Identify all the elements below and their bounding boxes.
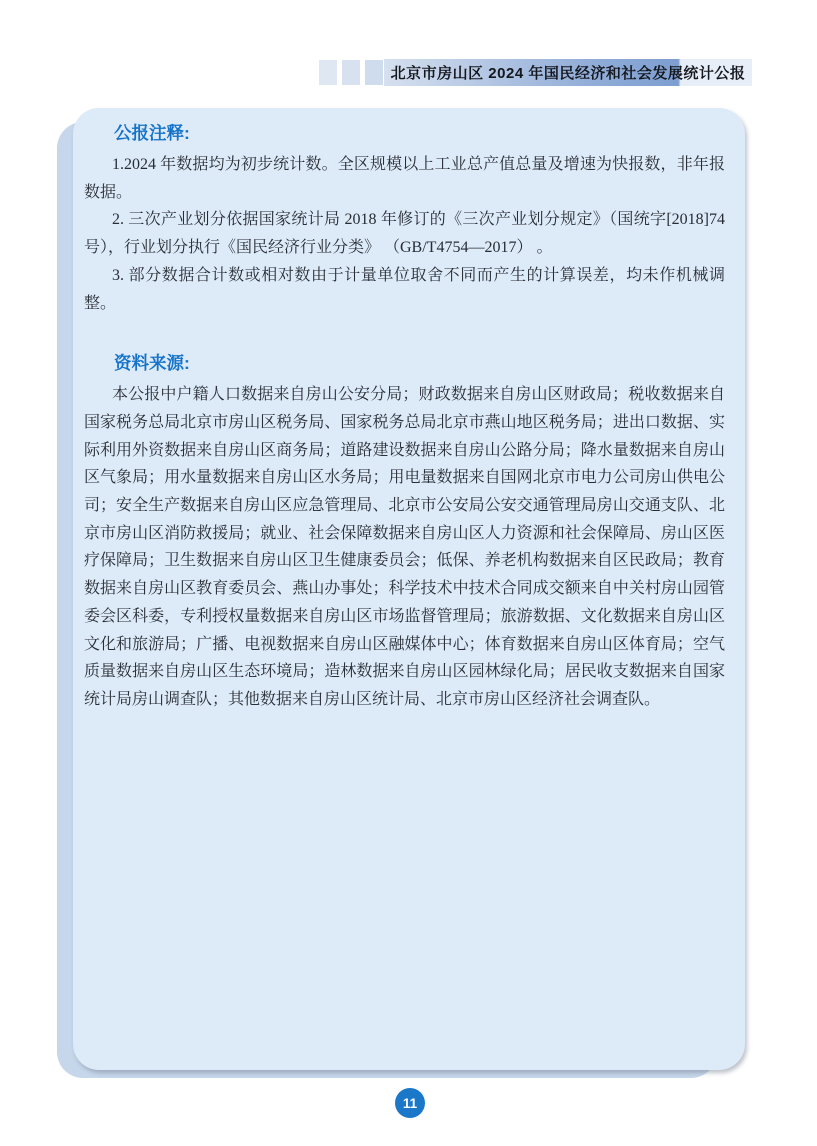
deco-square-icon <box>365 60 383 85</box>
page-header-title: 北京市房山区 2024 年国民经济和社会发展统计公报 <box>384 59 752 86</box>
note-paragraph-1: 1.2024 年数据均为初步统计数。全区规模以上工业总产值总量及增速为快报数，非… <box>84 151 725 206</box>
panel-content: 公报注释: 1.2024 年数据均为初步统计数。全区规模以上工业总产值总量及增速… <box>73 108 745 714</box>
sources-paragraph: 本公报中户籍人口数据来自房山公安分局；财政数据来自房山区财政局；税收数据来自国家… <box>84 381 725 713</box>
deco-square-icon <box>342 60 360 85</box>
deco-square-icon <box>319 60 337 85</box>
note-paragraph-3: 3. 部分数据合计数或相对数由于计量单位取舍不同而产生的计算误差，均未作机械调整… <box>84 262 725 317</box>
page-number-badge: 11 <box>395 1088 425 1118</box>
notes-section-heading: 公报注释: <box>114 123 725 144</box>
content-panel: 公报注释: 1.2024 年数据均为初步统计数。全区规模以上工业总产值总量及增速… <box>73 108 745 1070</box>
sources-section-heading: 资料来源: <box>114 353 725 374</box>
header-deco-squares <box>319 60 383 85</box>
page-number: 11 <box>403 1096 417 1111</box>
note-paragraph-2: 2. 三次产业划分依据国家统计局 2018 年修订的《三次产业划分规定》（国统字… <box>84 206 725 261</box>
